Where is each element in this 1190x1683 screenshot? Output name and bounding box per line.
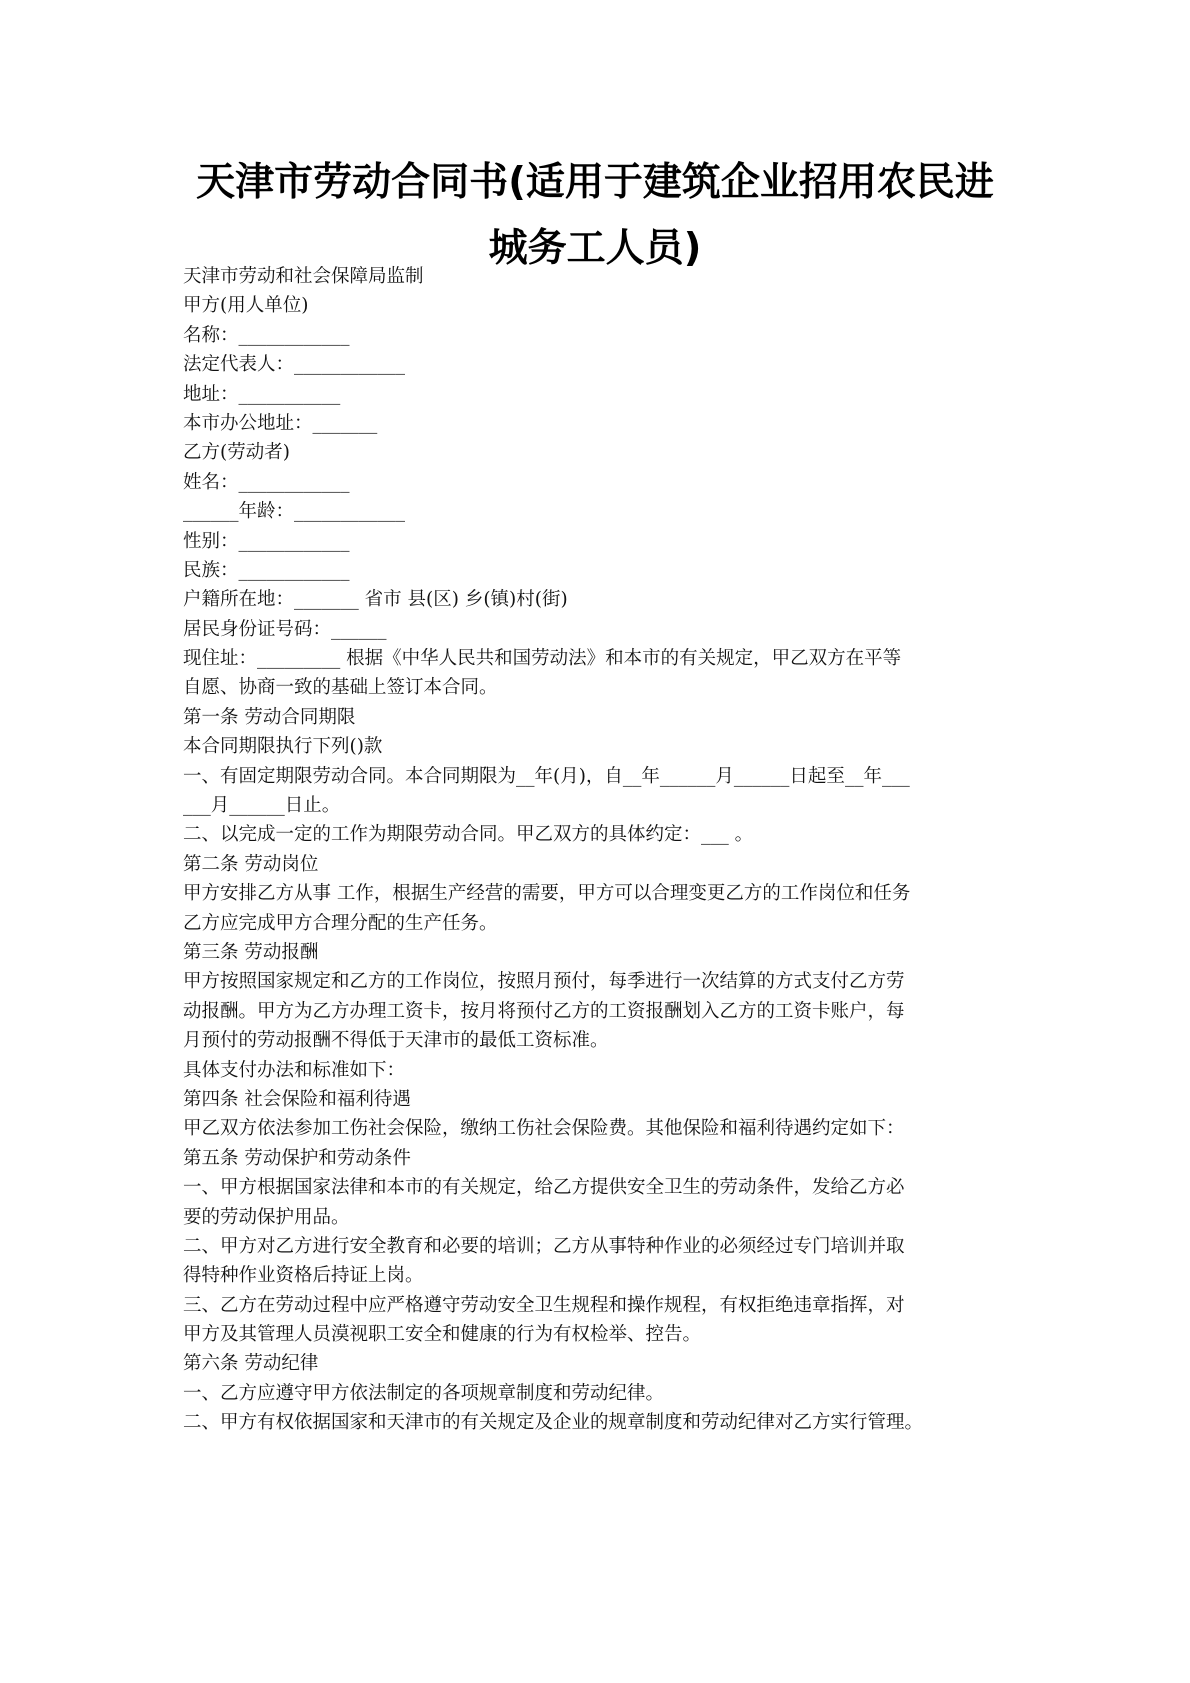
party-b-name-field: 姓名：____________ [183,468,1018,497]
preamble-line-2: 自愿、协商一致的基础上签订本合同。 [183,673,1018,702]
party-b-hukou-field: 户籍所在地：_______ 省市 县(区) 乡(镇)村(街) [183,585,1018,614]
party-b-ethnicity-field: 民族：____________ [183,556,1018,585]
article-2-text-line-2: 乙方应完成甲方合理分配的生产任务。 [183,909,1018,938]
document-body: 天津市劳动和社会保障局监制 甲方(用人单位) 名称：____________ 法… [183,262,1018,1438]
article-5-clause-1-line-1: 一、甲方根据国家法律和本市的有关规定，给乙方提供安全卫生的劳动条件，发给乙方必 [183,1173,1018,1202]
party-a-address-field: 地址：___________ [183,380,1018,409]
party-b-id-number-field: 居民身份证号码：______ [183,615,1018,644]
article-1-clause-1-line-1: 一、有固定期限劳动合同。本合同期限为__年(月)，自__年______月____… [183,762,1018,791]
article-1-heading: 第一条 劳动合同期限 [183,703,1018,732]
article-5-heading: 第五条 劳动保护和劳动条件 [183,1144,1018,1173]
article-5-clause-2-line-1: 二、甲方对乙方进行安全教育和必要的培训；乙方从事特种作业的必须经过专门培训并取 [183,1232,1018,1261]
party-a-name-field: 名称：____________ [183,321,1018,350]
article-4-heading: 第四条 社会保险和福利待遇 [183,1085,1018,1114]
article-1-clause-2: 二、以完成一定的工作为期限劳动合同。甲乙双方的具体约定：___ 。 [183,820,1018,849]
article-6-clause-2: 二、甲方有权依据国家和天津市的有关规定及企业的规章制度和劳动纪律对乙方实行管理。 [183,1408,1018,1437]
party-a-legal-rep-field: 法定代表人：____________ [183,350,1018,379]
article-6-heading: 第六条 劳动纪律 [183,1349,1018,1378]
article-1-intro: 本合同期限执行下列()款 [183,732,1018,761]
article-2-heading: 第二条 劳动岗位 [183,850,1018,879]
article-3-heading: 第三条 劳动报酬 [183,938,1018,967]
article-5-clause-2-line-2: 得特种作业资格后持证上岗。 [183,1261,1018,1290]
party-b-age-field: ______年龄：____________ [183,497,1018,526]
article-4-text: 甲乙双方依法参加工伤社会保险，缴纳工伤社会保险费。其他保险和福利待遇约定如下： [183,1114,1018,1143]
article-3-payment-details: 具体支付办法和标准如下： [183,1056,1018,1085]
issuer-line: 天津市劳动和社会保障局监制 [183,262,1018,291]
article-3-text-line-1: 甲方按照国家规定和乙方的工作岗位，按照月预付，每季进行一次结算的方式支付乙方劳 [183,967,1018,996]
article-5-clause-3-line-1: 三、乙方在劳动过程中应严格遵守劳动安全卫生规程和操作规程，有权拒绝违章指挥，对 [183,1291,1018,1320]
article-3-text-line-3: 月预付的劳动报酬不得低于天津市的最低工资标准。 [183,1026,1018,1055]
article-6-clause-1: 一、乙方应遵守甲方依法制定的各项规章制度和劳动纪律。 [183,1379,1018,1408]
article-1-clause-1-line-2: ___月______日止。 [183,791,1018,820]
preamble-line-1: 现住址：_________ 根据《中华人民共和国劳动法》和本市的有关规定，甲乙双… [183,644,1018,673]
party-b-heading: 乙方(劳动者) [183,438,1018,467]
article-5-clause-3-line-2: 甲方及其管理人员漠视职工安全和健康的行为有权检举、控告。 [183,1320,1018,1349]
article-2-text-line-1: 甲方安排乙方从事 工作，根据生产经营的需要，甲方可以合理变更乙方的工作岗位和任务 [183,879,1018,908]
article-5-clause-1-line-2: 要的劳动保护用品。 [183,1203,1018,1232]
article-3-text-line-2: 动报酬。甲方为乙方办理工资卡，按月将预付乙方的工资报酬划入乙方的工资卡账户，每 [183,997,1018,1026]
title-line-1: 天津市劳动合同书(适用于建筑企业招用农民进 [170,150,1020,216]
document-page: 天津市劳动合同书(适用于建筑企业招用农民进 城务工人员) 天津市劳动和社会保障局… [0,0,1190,1683]
party-a-heading: 甲方(用人单位) [183,291,1018,320]
party-b-gender-field: 性别：____________ [183,527,1018,556]
party-a-local-office-field: 本市办公地址：_______ [183,409,1018,438]
